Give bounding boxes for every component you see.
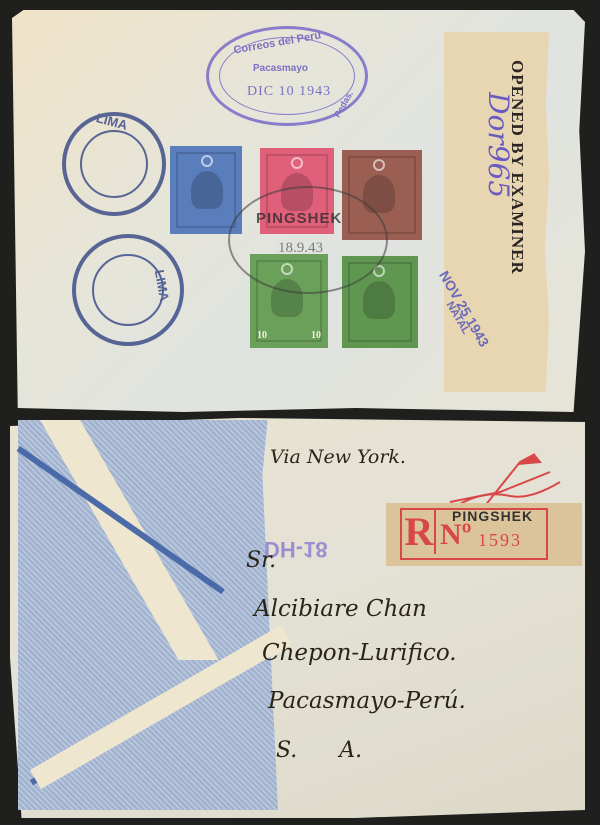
address-line: Sr. xyxy=(246,548,276,573)
censor-handwritten-number: Dor965 xyxy=(482,92,515,198)
censor-label xyxy=(444,32,549,392)
registration-letter: R xyxy=(404,510,436,554)
registration-number: 1593 xyxy=(478,530,522,551)
stamp-blue xyxy=(170,146,242,234)
peru-postmark-town: Pacasmayo xyxy=(253,63,308,74)
china-postmark-date: 18.9.43 xyxy=(278,240,323,257)
address-line: Pacasmayo-Perú. xyxy=(268,688,466,714)
routing-instruction: Via New York. xyxy=(270,446,406,468)
lima-postmark-text: LIMA xyxy=(95,110,130,133)
china-postmark: PINGSHEK 18.9.43 xyxy=(228,186,388,294)
address-line: S. A. xyxy=(276,738,362,763)
lima-postmark-2: LIMA xyxy=(72,234,184,346)
address-line: Chepon-Lurifico. xyxy=(262,640,457,666)
china-postmark-town: PINGSHEK xyxy=(256,210,342,227)
peru-postmark: Correos del Peru Pacasmayo DIC 10 1943 P… xyxy=(206,26,368,126)
registration-town: PINGSHEK xyxy=(452,508,533,524)
peru-postmark-date: DIC 10 1943 xyxy=(247,84,331,100)
lima-postmark-1: LIMA xyxy=(62,112,166,216)
address-line: Alcibiare Chan xyxy=(254,596,427,622)
